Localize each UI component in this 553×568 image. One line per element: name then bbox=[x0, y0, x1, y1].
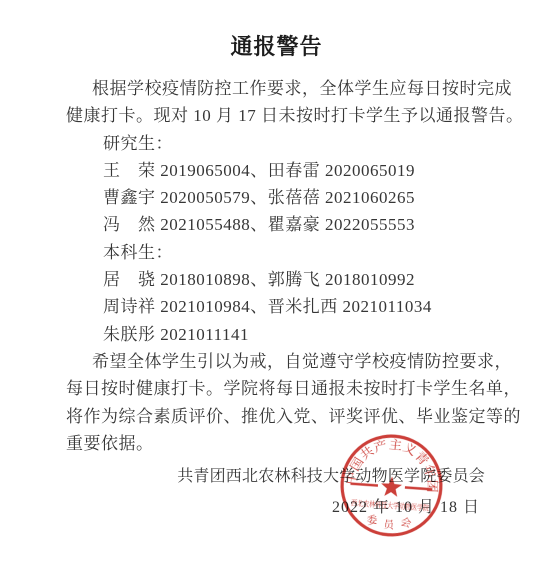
seal-committee-char: 员 bbox=[383, 519, 396, 532]
official-seal: 中国共产主义青年团 西北农林科技大学动物医学院 委 员 会 bbox=[335, 429, 447, 541]
notice-page: 通报警告 根据学校疫情防控工作要求，全体学生应每日按时完成健康打卡。现对 10 … bbox=[0, 0, 553, 568]
seal-committee-char: 委 bbox=[366, 514, 379, 527]
document-line: 居 骁 2018010898、郭腾飞 2018010992 bbox=[66, 266, 529, 293]
document-body: 根据学校疫情防控工作要求，全体学生应每日按时完成健康打卡。现对 10 月 17 … bbox=[66, 75, 529, 457]
document-line: 每日按时健康打卡。学院将每日通报未按时打卡学生名单， bbox=[66, 375, 529, 402]
document-line: 重要依据。 bbox=[66, 430, 529, 457]
document-title: 通报警告 bbox=[0, 30, 553, 61]
document-line: 研究生： bbox=[66, 130, 529, 157]
document-line: 健康打卡。现对 10 月 17 日未按时打卡学生予以通报警告。 bbox=[66, 102, 529, 129]
document-line: 曹鑫宇 2020050579、张蓓蓓 2021060265 bbox=[66, 184, 529, 211]
document-line: 本科生： bbox=[66, 239, 529, 266]
document-line: 根据学校疫情防控工作要求，全体学生应每日按时完成 bbox=[66, 75, 529, 102]
document-line: 王 荣 2019065004、田春雷 2020065019 bbox=[66, 157, 529, 184]
seal-committee-char: 会 bbox=[399, 515, 413, 531]
seal-org-text: 西北农林科技大学动物医学院 bbox=[351, 498, 429, 512]
star-icon bbox=[380, 476, 402, 497]
document-line: 冯 然 2021055488、瞿嘉豪 2022055553 bbox=[66, 211, 529, 238]
document-line: 周诗祥 2021010984、晋米扎西 2021011034 bbox=[66, 293, 529, 320]
document-line: 希望全体学生引以为戒，自觉遵守学校疫情防控要求， bbox=[66, 348, 529, 375]
seal-graphic: 中国共产主义青年团 西北农林科技大学动物医学院 委 员 会 bbox=[335, 429, 447, 541]
document-line: 将作为综合素质评价、推优入党、评奖评优、毕业鉴定等的 bbox=[66, 403, 529, 430]
document-line: 朱朕彤 2021011141 bbox=[66, 321, 529, 348]
